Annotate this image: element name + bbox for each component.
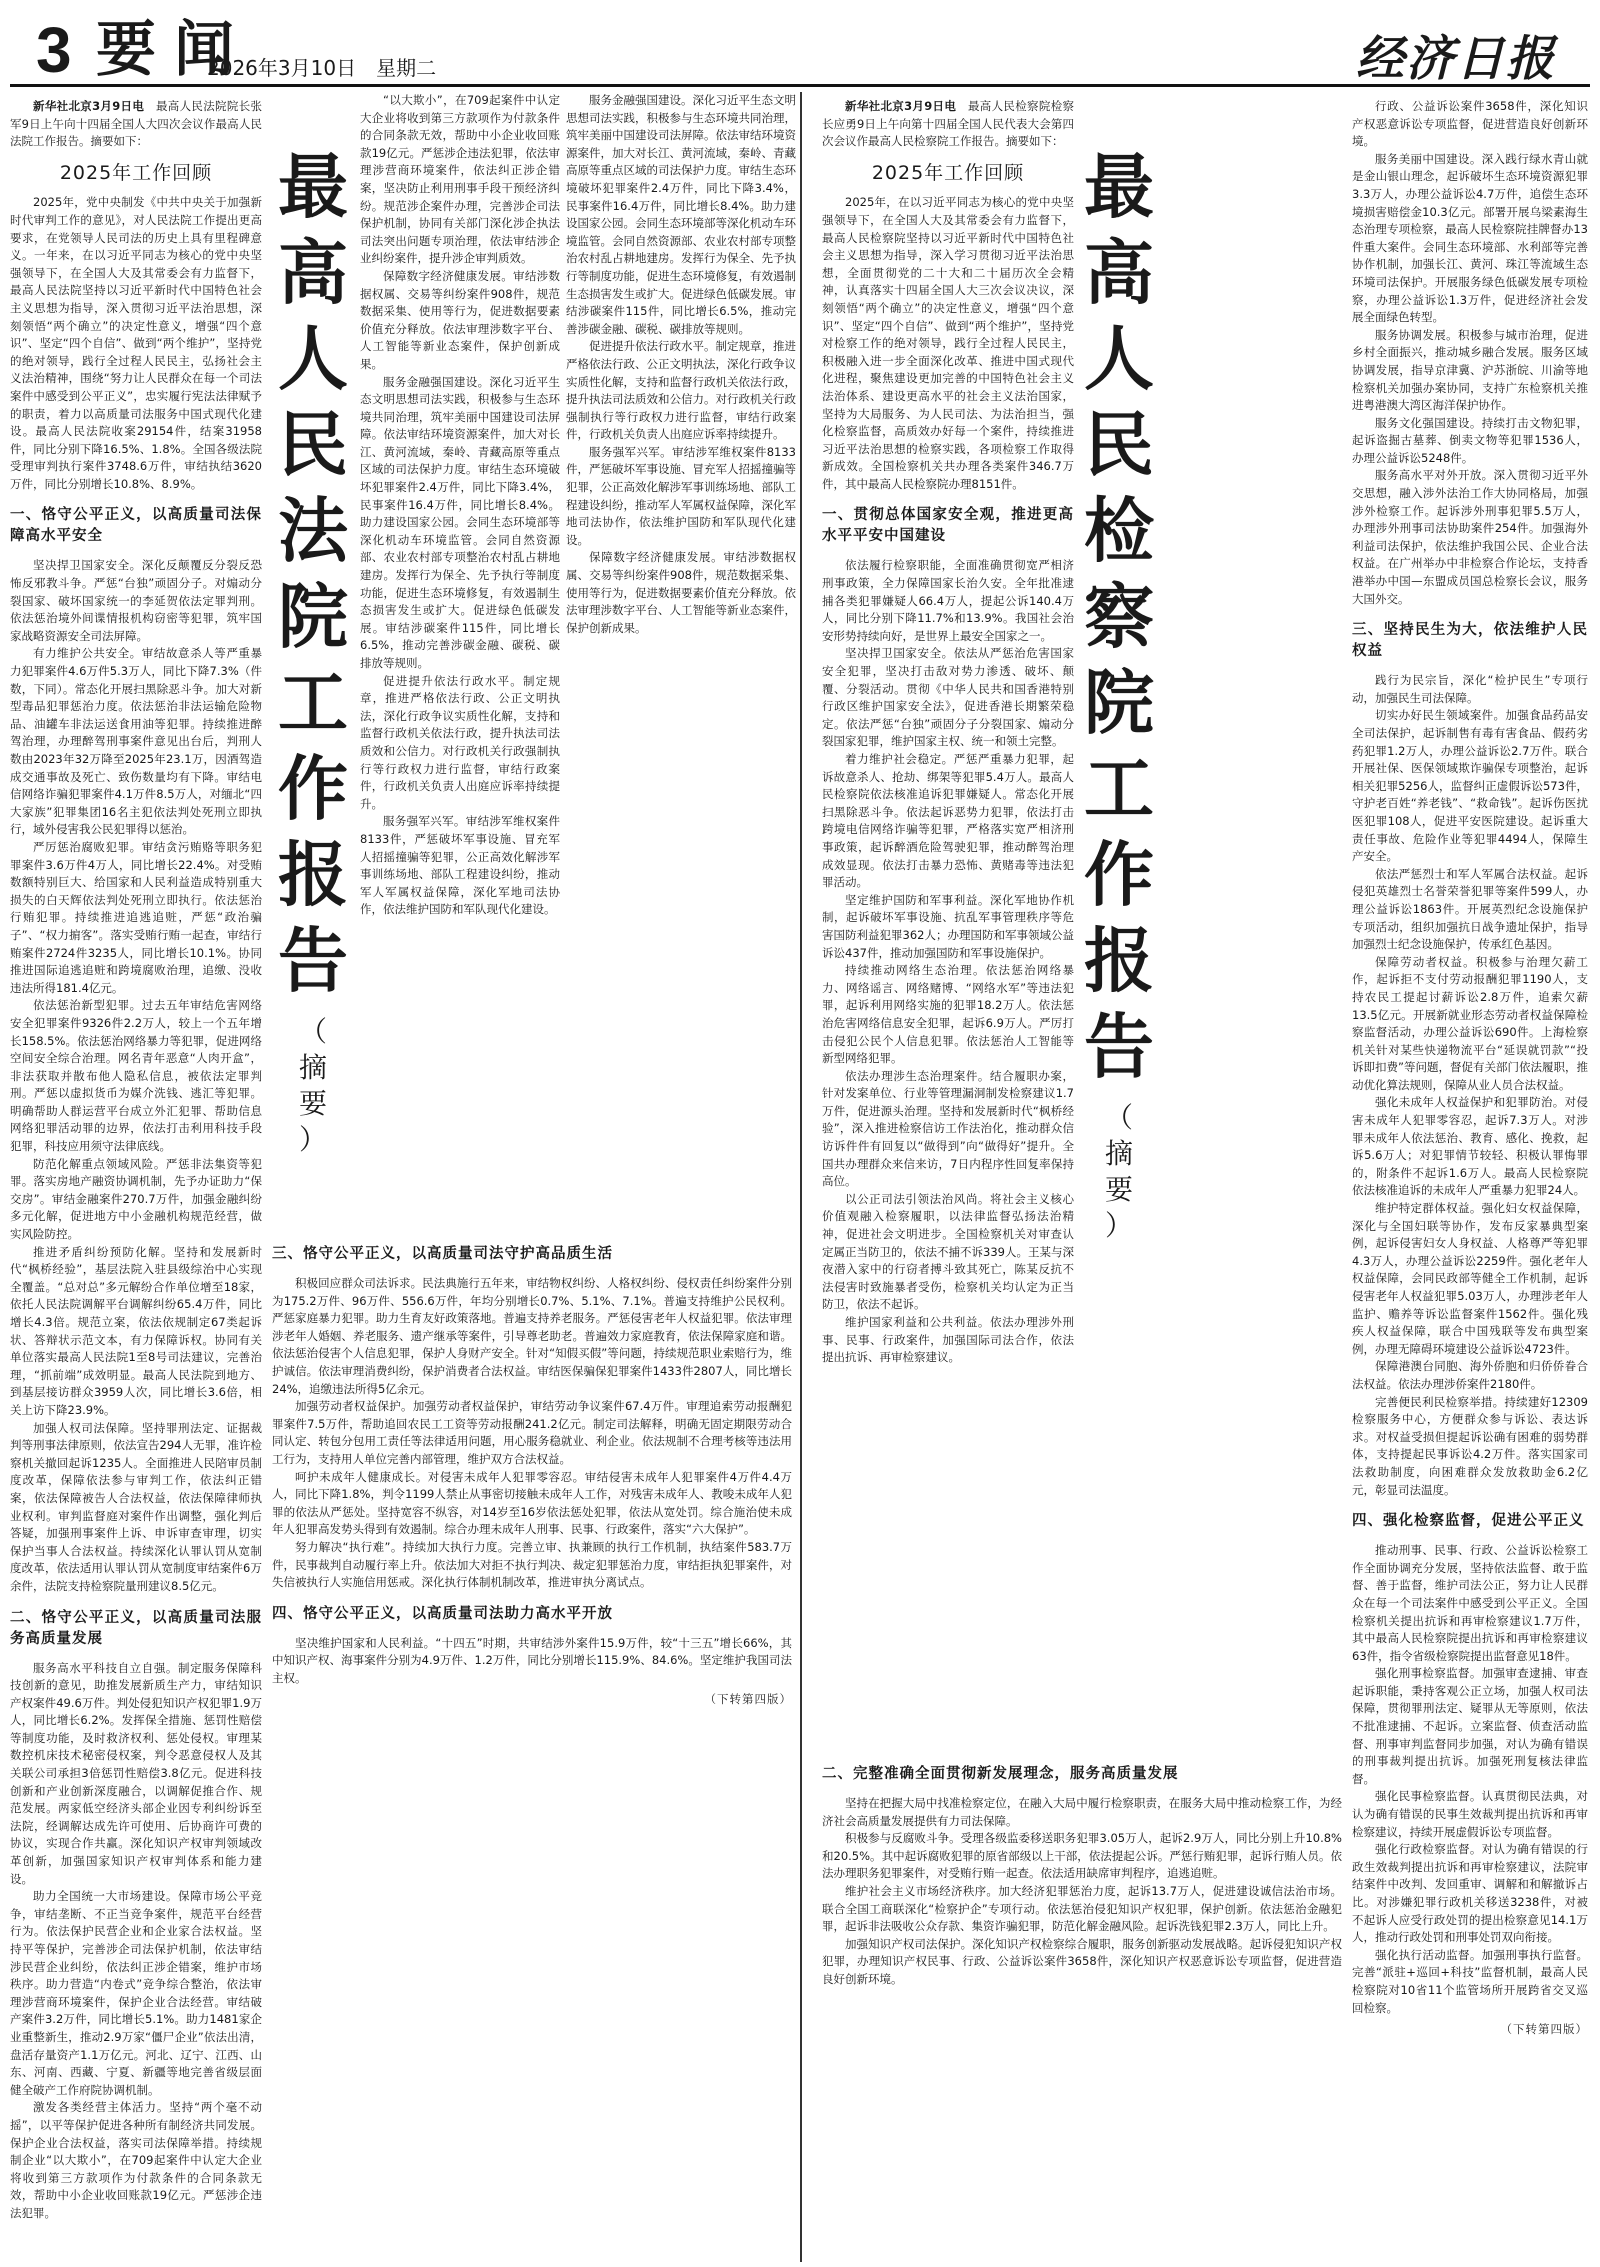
paragraph: 2025年，党中央制发《中共中央关于加强新时代审判工作的意见》，对人民法院工作提… <box>10 194 262 493</box>
paragraph: 推进矛盾纠纷预防化解。坚持和发展新时代“枫桥经验”，基层法院入驻县级综治中心实现… <box>10 1244 262 1420</box>
paragraph: 依法严惩烈士和军人军属合法权益。起诉侵犯英雄烈士名誉荣誉犯罪等案件599人，办理… <box>1352 866 1588 954</box>
paragraph: 促进提升依法行政水平。制定规章，推进严格依法行政、公正文明执法，深化行政争议实质… <box>566 338 796 444</box>
paragraph: 服务协调发展。积极参与城市治理，促进乡村全面振兴，推动城乡融合发展。服务区域协调… <box>1352 327 1588 415</box>
paragraph: 推动刑事、民事、行政、公益诉讼检察工作全面协调充分发展，坚持依法监督、敢于监督、… <box>1352 1542 1588 1665</box>
paragraph: 保障劳动者权益。积极参与治理欠薪工作，起诉拒不支付劳动报酬犯罪1190人，支持农… <box>1352 954 1588 1095</box>
header-rule <box>10 84 1590 87</box>
court-column-2-top: “以大欺小”，在709起案件中认定大企业将收到第三方款项作为付款条件的合同条款无… <box>360 92 560 1232</box>
section-heading: 2025年工作回顾 <box>10 165 262 183</box>
issue-date: 2026年3月10日 星期二 <box>207 52 436 81</box>
paragraph: 维护国家利益和公共利益。依法办理涉外刑事、民事、行政案件，加强国际司法合作，依法… <box>822 1314 1074 1367</box>
paragraph: 坚定维护国防和军事利益。深化军地协作机制，起诉破坏军事设施、抗乱军事管理秩序等危… <box>822 892 1074 962</box>
paragraph: 有力维护公共安全。审结故意杀人等严重暴力犯罪案件4.6万件5.3万人，同比下降7… <box>10 645 262 839</box>
paragraph: 切实办好民生领域案件。加强食品药品安全司法保护，起诉制售有毒有害食品、假药劣药犯… <box>1352 707 1588 865</box>
paragraph: 以公正司法引领法治风尚。将社会主义核心价值观融入检察履职，以法律监督弘扬法治精神… <box>822 1191 1074 1314</box>
paragraph: 保障数字经济健康发展。审结涉数据权属、交易等纠纷案件908件，规范数据采集、使用… <box>360 268 560 374</box>
paragraph: 2025年，在以习近平同志为核心的党中央坚强领导下，在全国人大及其常委会有力监督… <box>822 194 1074 493</box>
procuratorate-column-3: 行政、公益诉讼案件3658件，深化知识产权恶意诉讼专项监督，促进营造良好创新环境… <box>1352 98 1588 2267</box>
paragraph: 强化刑事检察监督。加强审查逮捕、审查起诉职能，秉持客观公正立场，加强人权司法保障… <box>1352 1665 1588 1788</box>
headline: 最 高 人 民 法 院 工 作 报 告 <box>268 144 358 1004</box>
paragraph: 防范化解重点领域风险。严惩非法集资等犯罪。落实房地产融资协调机制，先予办证助力“… <box>10 1156 262 1244</box>
section-heading: 2025年工作回顾 <box>822 165 1074 183</box>
paragraph: 积极回应群众司法诉求。民法典施行五年来，审结物权纠纷、人格权纠纷、侵权责任纠纷案… <box>272 1275 792 1398</box>
abstract-label: （ 摘 要 ） <box>1074 1100 1164 1244</box>
page-number: 3 <box>36 18 72 82</box>
paragraph: 服务美丽中国建设。深入践行绿水青山就是金山银山理念，起诉破坏生态环境资源犯罪3.… <box>1352 151 1588 327</box>
court-column-1: 新华社北京3月9日电 最高人民法院院长张军9日上午向十四届全国人大四次会议作最高… <box>10 98 262 2267</box>
paragraph: 依法办理涉生态治理案件。结合履职办案，针对发案单位、行业等管理漏洞制发检察建议1… <box>822 1068 1074 1191</box>
paragraph: 服务强军兴军。审结涉军维权案件8133件，严惩破坏军事设施、冒充军人招摇撞骗等犯… <box>566 444 796 550</box>
paragraph: 维护特定群体权益。强化妇女权益保障，深化与全国妇联等协作，发布反家暴典型案例，起… <box>1352 1200 1588 1358</box>
paragraph: 努力解决“执行难”。持续加大执行力度。完善立审、执兼顾的执行工作机制，执结案件5… <box>272 1539 792 1592</box>
paragraph: 强化行政检察监督。对认为确有错误的行政生效裁判提出抗诉和再审检察建议，法院审结案… <box>1352 1841 1588 1947</box>
section-heading: 二、恪守公平正义，以高质量司法服务高质量发展 <box>10 1608 262 1650</box>
section-heading: 四、恪守公平正义，以高质量司法助力高水平开放 <box>272 1604 792 1625</box>
section-heading: 一、贯彻总体国家安全观，推进更高水平平安中国建设 <box>822 505 1074 547</box>
court-column-2-bottom: 三、恪守公平正义，以高质量司法守护高品质生活 积极回应群众司法诉求。民法典施行五… <box>272 1232 792 2262</box>
paragraph: 依法惩治新型犯罪。过去五年审结危害网络安全犯罪案件9326件2.2万人，较上一个… <box>10 997 262 1155</box>
section-heading: 二、完整准确全面贯彻新发展理念，服务高质量发展 <box>822 1764 1342 1785</box>
court-column-3: 服务金融强国建设。深化习近平生态文明思想司法实践，积极参与生态环境共同治理，筑牢… <box>566 92 796 1232</box>
section-heading: 三、恪守公平正义，以高质量司法守护高品质生活 <box>272 1244 792 1265</box>
continued-on-page-4: （下转第四版） <box>1352 2021 1588 2039</box>
article-lead: 新华社北京3月9日电 最高人民检察院检察长应勇9日上午向第十四届全国人民代表大会… <box>822 98 1074 151</box>
paragraph: 强化民事检察监督。认真贯彻民法典，对认为确有错误的民事生效裁判提出抗诉和再审检察… <box>1352 1788 1588 1841</box>
paragraph: 加强知识产权司法保护。深化知识产权检察综合履职，服务创新驱动发展战略。起诉侵犯知… <box>822 1936 1342 1989</box>
headline: 最 高 人 民 检 察 院 工 作 报 告 <box>1074 144 1164 1090</box>
paragraph: 坚决维护国家和人民利益。“十四五”时期，共审结涉外案件15.9万件，较“十三五”… <box>272 1635 792 1688</box>
paragraph: “以大欺小”，在709起案件中认定大企业将收到第三方款项作为付款条件的合同条款无… <box>360 92 560 268</box>
paragraph: 加强劳动者权益保护。加强劳动者权益保护，审结劳动争议案件67.4万件。审理追索劳… <box>272 1398 792 1468</box>
court-report-article: 新华社北京3月9日电 最高人民法院院长张军9日上午向十四届全国人大四次会议作最高… <box>10 92 796 2262</box>
section-heading: 一、恪守公平正义，以高质量司法保障高水平安全 <box>10 505 262 547</box>
newspaper-logo: 经济日报 <box>1356 20 1556 89</box>
paragraph: 服务强军兴军。审结涉军维权案件8133件，严惩破坏军事设施、冒充军人招摇撞骗等犯… <box>360 813 560 919</box>
masthead: 3 要闻 2026年3月10日 星期二 经济日报 <box>0 0 1600 88</box>
paragraph: 严厉惩治腐败犯罪。审结贪污贿赂等职务犯罪案件3.6万件4万人，同比增长22.4%… <box>10 839 262 997</box>
paragraph: 强化执行活动监督。加强刑事执行监督。完善“派驻+巡回+科技”监督机制，最高人民检… <box>1352 1947 1588 2017</box>
paragraph: 积极参与反腐败斗争。受理各级监委移送职务犯罪3.05万人，起诉2.9万人，同比分… <box>822 1830 1342 1883</box>
paragraph: 激发各类经营主体活力。坚持“两个毫不动摇”，以平等保护促进各种所有制经济共同发展… <box>10 2099 262 2222</box>
section-heading: 四、强化检察监督，促进公平正义 <box>1352 1511 1588 1532</box>
paragraph: 助力全国统一大市场建设。保障市场公平竞争，审结垄断、不正当竞争案件，规范平台经营… <box>10 1888 262 2099</box>
procuratorate-column-1-bottom: 二、完整准确全面贯彻新发展理念，服务高质量发展 坚持在把握大局中找准检察定位，在… <box>822 1752 1342 2262</box>
paragraph: 坚决捍卫国家安全。依法从严惩治危害国家安全犯罪，坚决打击敌对势力渗透、破坏、颠覆… <box>822 645 1074 751</box>
paragraph: 坚持在把握大局中找准检察定位，在融入大局中履行检察职责，在服务大局中推动检察工作… <box>822 1795 1342 1830</box>
paragraph: 持续推动网络生态治理。依法惩治网络暴力、网络谣言、网络赌博、“网络水军”等违法犯… <box>822 962 1074 1068</box>
paragraph: 服务高水平科技自立自强。制定服务保障科技创新的意见，助推发展新质生产力，审结知识… <box>10 1660 262 1889</box>
paragraph: 着力维护社会稳定。严惩严重暴力犯罪，起诉故意杀人、抢劫、绑架等犯罪5.4万人。最… <box>822 751 1074 892</box>
procuratorate-report-title: 最 高 人 民 检 察 院 工 作 报 告 （ 摘 要 ） <box>1074 144 1164 1244</box>
paragraph: 促进提升依法行政水平。制定规章，推进严格依法行政、公正文明执法，深化行政争议实质… <box>360 673 560 814</box>
paragraph: 依法履行检察职能，全面准确贯彻宽严相济刑事政策，全力保障国家长治久安。全年批准逮… <box>822 557 1074 645</box>
article-lead: 新华社北京3月9日电 最高人民法院院长张军9日上午向十四届全国人大四次会议作最高… <box>10 98 262 151</box>
court-report-title: 最 高 人 民 法 院 工 作 报 告 （ 摘 要 ） <box>268 144 358 1158</box>
paragraph: 呵护未成年人健康成长。对侵害未成年人犯罪零容忍。审结侵害未成年人犯罪案件4万件4… <box>272 1469 792 1539</box>
paragraph: 加强人权司法保障。坚持罪刑法定、证据裁判等刑事法律原则，依法宣告294人无罪，准… <box>10 1420 262 1596</box>
paragraph: 服务文化强国建设。持续打击文物犯罪，起诉盗掘古墓葬、倒卖文物等犯罪1536人，办… <box>1352 415 1588 468</box>
paragraph: 完善便民利民检察举措。持续建好12309检察服务中心，方便群众参与诉讼、表达诉求… <box>1352 1394 1588 1500</box>
paragraph: 维护社会主义市场经济秩序。加大经济犯罪惩治力度，起诉13.7万人，促进建设诚信法… <box>822 1883 1342 1936</box>
procuratorate-report-article: 新华社北京3月9日电 最高人民检察院检察长应勇9日上午向第十四届全国人民代表大会… <box>804 92 1590 2262</box>
paragraph: 践行为民宗旨，深化“检护民生”专项行动，加强民生司法保障。 <box>1352 672 1588 707</box>
paragraph: 坚决捍卫国家安全。深化反颠覆反分裂反恐怖反邪教斗争。严惩“台独”顽固分子。对煽动… <box>10 557 262 645</box>
paragraph: 保障数字经济健康发展。审结涉数据权属、交易等纠纷案件908件，规范数据采集、使用… <box>566 549 796 637</box>
abstract-label: （ 摘 要 ） <box>268 1014 358 1158</box>
paragraph: 服务高水平对外开放。深入贯彻习近平外交思想，融入涉外法治工作大协同格局，加强涉外… <box>1352 467 1588 608</box>
section-heading: 三、坚持民生为大，依法维护人民权益 <box>1352 620 1588 662</box>
paragraph: 保障港澳台同胞、海外侨胞和归侨侨眷合法权益。依法办理涉侨案件2180件。 <box>1352 1358 1588 1393</box>
paragraph: 服务金融强国建设。深化习近平生态文明思想司法实践，积极参与生态环境共同治理，筑牢… <box>566 92 796 338</box>
paragraph: 行政、公益诉讼案件3658件，深化知识产权恶意诉讼专项监督，促进营造良好创新环境… <box>1352 98 1588 151</box>
paragraph: 服务金融强国建设。深化习近平生态文明思想司法实践，积极参与生态环境共同治理，筑牢… <box>360 374 560 673</box>
continued-on-page-4: （下转第四版） <box>272 1691 792 1709</box>
column-divider <box>800 92 802 2262</box>
paragraph: 强化未成年人权益保护和犯罪防治。对侵害未成年人犯罪零容忍，起诉7.3万人。对涉罪… <box>1352 1094 1588 1200</box>
